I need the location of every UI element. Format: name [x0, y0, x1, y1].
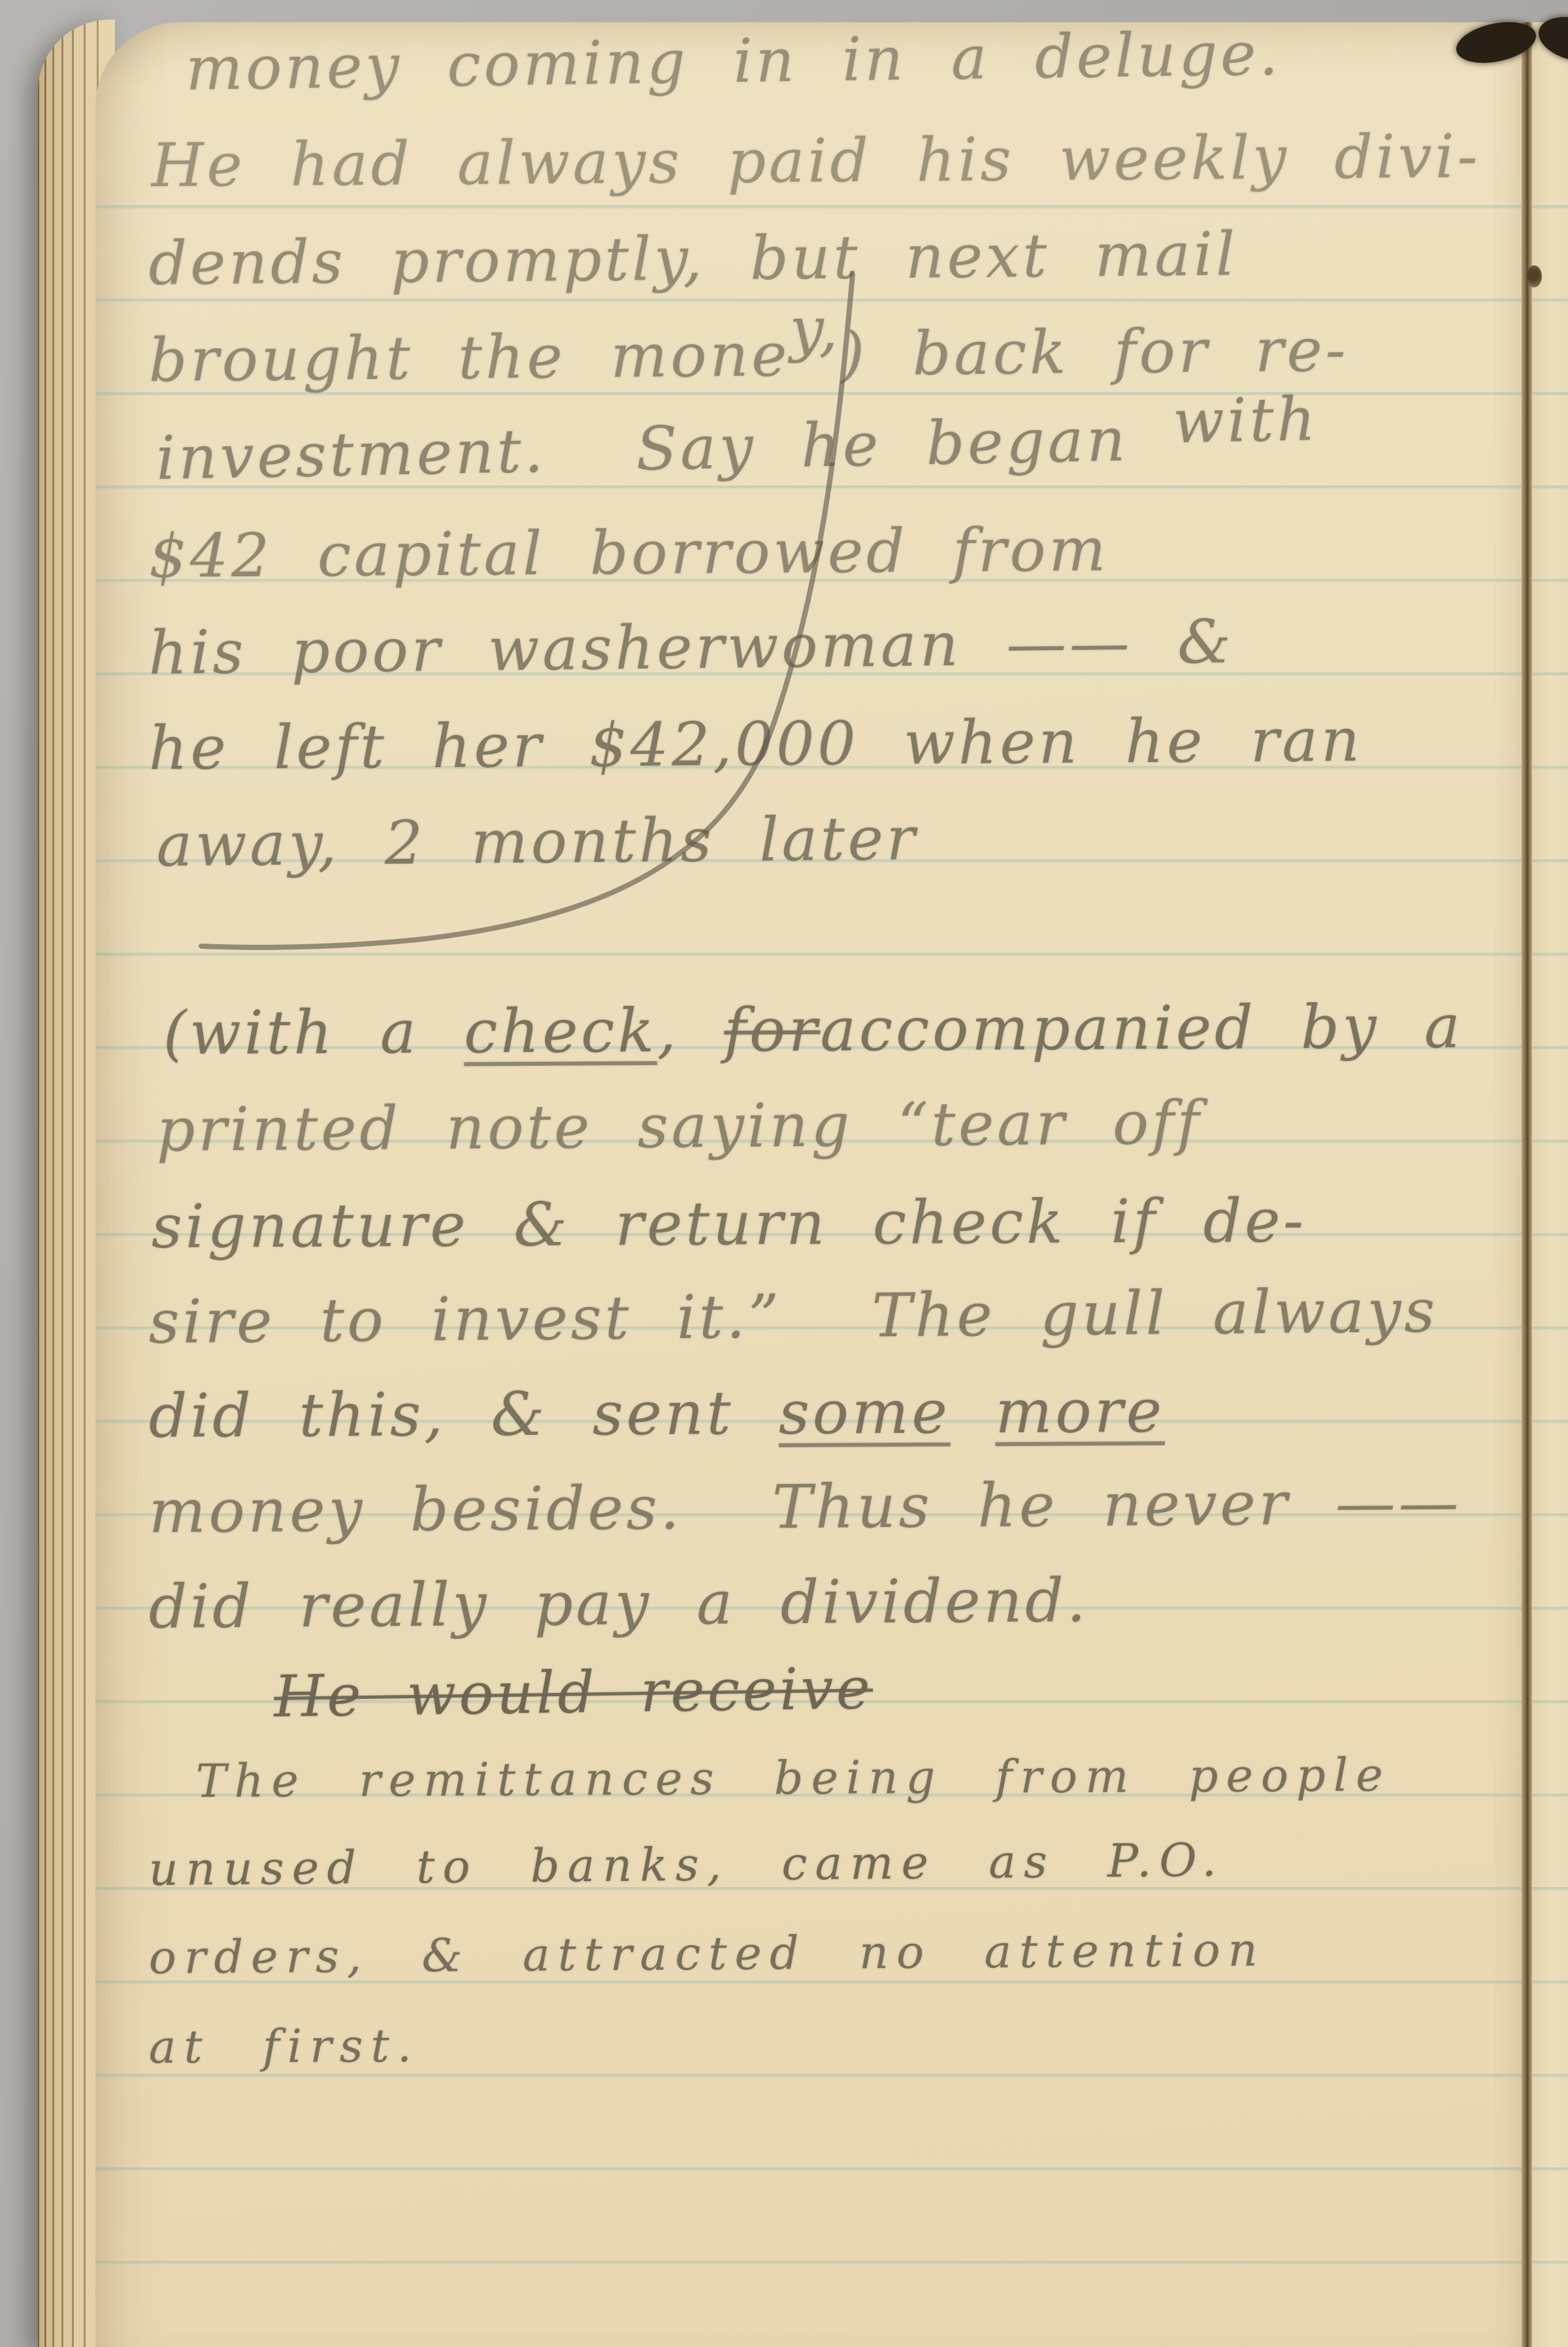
ruled-lines: [95, 205, 1530, 2347]
next-page-sliver: [1532, 22, 1568, 2347]
notebook-page: [95, 22, 1530, 2347]
ruled-lines-next-page: [1532, 205, 1568, 2347]
notebook-photo: money coming in in a deluge.He had alway…: [0, 0, 1568, 2347]
paper-hole: [1526, 265, 1542, 287]
page-gutter-crease: [1522, 22, 1532, 2347]
